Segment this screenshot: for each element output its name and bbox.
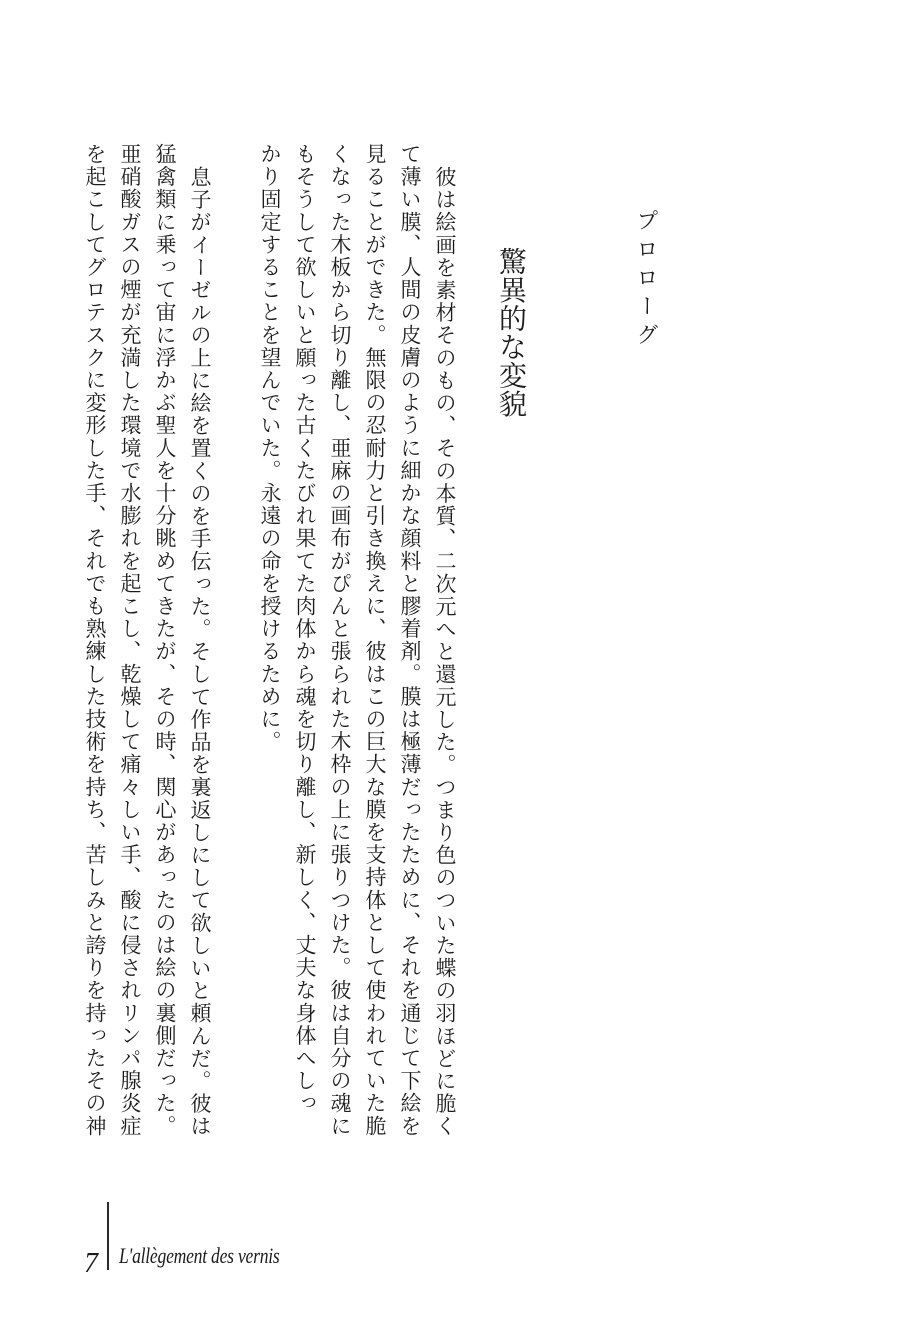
running-title: L'allègement des vernis <box>119 1245 280 1267</box>
text-column: て薄い膜、人間の皮膚のように細かな顔料と膠着剤。膜は極薄だったために、それを通じ… <box>392 143 427 1148</box>
text-column: 猛禽類に乗って宙に浮かぶ聖人を十分眺めてきたが、その時、関心があったのは絵の裏側… <box>147 143 182 1148</box>
text-column: 息子がイーゼルの上に絵を置くのを手伝った。そして作品を裏返しにして欲しいと頼んだ… <box>182 143 217 1148</box>
chapter-heading: プロローグ <box>631 209 662 352</box>
section-title: 驚異的な変貌 <box>490 247 530 418</box>
text-column: かり固定することを望んでいた。永遠の命を授けるために。 <box>252 143 287 1148</box>
text-column: を起こしてグロテスクに変形した手、それでも熟練した技術を持ち、苦しみと誇りを持っ… <box>77 143 112 1148</box>
page-number: 7 <box>84 1250 98 1278</box>
footer-divider <box>107 1202 109 1270</box>
text-column: もそうして欲しいと願った古くたびれ果てた肉体から魂を切り離し、新しく、丈夫な身体… <box>287 143 322 1148</box>
body-text: 彼は絵画を素材そのもの、その本質、二次元へと還元した。つまり色のついた蝶の羽ほど… <box>77 143 462 1148</box>
text-column: 彼は絵画を素材そのもの、その本質、二次元へと還元した。つまり色のついた蝶の羽ほど… <box>427 143 462 1148</box>
text-column: 亜硝酸ガスの煙が充満した環境で水膨れを起こし、乾燥して痛々しい手、酸に侵されリン… <box>112 143 147 1148</box>
text-column: くなった木板から切り離し、亜麻の画布がぴんと張られた木枠の上に張りつけた。彼は自… <box>322 143 357 1148</box>
book-page: プロローグ 驚異的な変貌 彼は絵画を素材そのもの、その本質、二次元へと還元した。… <box>0 0 900 1332</box>
text-column: 見ることができた。無限の忍耐力と引き換えに、彼はこの巨大な膜を支持体として使われ… <box>357 143 392 1148</box>
